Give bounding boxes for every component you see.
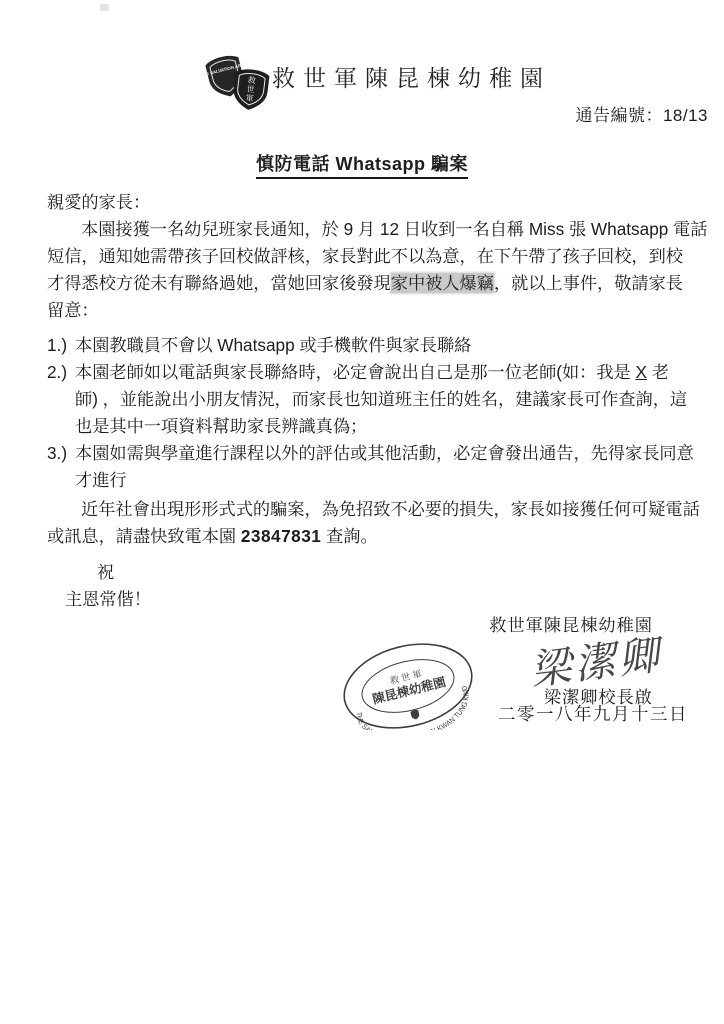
closing-wish: 祝	[47, 559, 709, 586]
list-item-3-text: 本園如需與學童進行課程以外的評估或其他活動，必定會發出通告，先得家長同意	[75, 443, 694, 463]
list-item-1: 1.)本園教職員不會以 Whatsapp 或手機軟件與家長聯絡	[47, 332, 709, 359]
list-item-2-marker: 2.)	[47, 359, 67, 386]
greeting-line: 親愛的家長：	[47, 189, 709, 216]
paragraph2-line2: 或訊息，請盡快致電本園 23847831 查詢。	[47, 523, 709, 550]
list-item-2-text-b: 老	[647, 362, 669, 382]
seal-shield-icon	[410, 709, 420, 720]
paragraph2-line2-post: 查詢。	[321, 526, 377, 546]
letter-body: 親愛的家長： 本園接獲一名幼兒班家長通知，於 9 月 12 日收到一名自稱 Mi…	[47, 189, 709, 613]
paragraph2: 近年社會出現形形式式的騙案，為免招致不必要的損失，家長如接獲任何可疑電話 或訊息…	[47, 496, 709, 550]
paragraph1-line3: 才得悉校方從未有聯絡過她，當她回家後發現家中被人爆竊，就以上事件，敬請家長	[47, 270, 709, 297]
paragraph1-line3-post: ，就以上事件，敬請家長	[494, 273, 683, 293]
scanned-notice-page: THE SALVATION ARMY 救 世 軍 救世軍陳昆棟幼稚園 通告編號：…	[0, 0, 724, 1024]
list-item-1-text: 本園教職員不會以 Whatsapp 或手機軟件與家長聯絡	[75, 335, 471, 355]
list-item-3-line2: 才進行	[47, 467, 709, 494]
paragraph2-line2-pre: 或訊息，請盡快致電本園	[47, 526, 241, 546]
closing-blessing: 主恩常偕！	[47, 586, 709, 613]
paragraph1-line4: 留意：	[47, 297, 709, 324]
notice-number: 通告編號：18/13	[575, 101, 708, 126]
underlined-x-placeholder: X	[636, 362, 647, 382]
highlighted-burglary-text: 家中被人爆竊	[391, 273, 494, 293]
notice-title: 慎防電話 Whatsapp 騙案	[256, 150, 468, 179]
signature-date: 二零一八年九月十三日	[498, 701, 688, 726]
list-item-2-line3: 也是其中一項資料幫助家長辨識真偽；	[47, 413, 709, 440]
paragraph1-line2: 短信，通知她需帶孩子回校做評核，家長對此不以為意，在下午帶了孩子回校，到校	[47, 243, 709, 270]
paragraph1-line3-pre: 才得悉校方從未有聯絡過她，當她回家後發現	[47, 273, 391, 293]
paragraph1-line1: 本園接獲一名幼兒班家長通知，於 9 月 12 日收到一名自稱 Miss 張 Wh…	[47, 216, 709, 243]
list-item-1-marker: 1.)	[47, 332, 67, 359]
scan-artifact	[100, 4, 109, 11]
paragraph2-line1: 近年社會出現形形式式的騙案，為免招致不必要的損失，家長如接獲任何可疑電話	[47, 496, 709, 523]
school-seal-stamp: THE SALVATION ARMY CHAN KWAN TUNG KINDER…	[338, 642, 478, 730]
front-shield-char-3: 軍	[245, 93, 254, 103]
list-item-3-marker: 3.)	[47, 440, 67, 467]
school-phone-number: 23847831	[241, 526, 321, 546]
closing-block: 祝 主恩常偕！	[47, 559, 709, 613]
list-item-2-text-a: 本園老師如以電話與家長聯絡時，必定會說出自己是那一位老師(如：我是	[75, 362, 636, 382]
salvation-army-logo-icon: THE SALVATION ARMY 救 世 軍	[198, 42, 280, 118]
title-row: 慎防電話 Whatsapp 騙案	[0, 150, 724, 179]
list-item-2-line1: 2.)本園老師如以電話與家長聯絡時，必定會說出自己是那一位老師(如：我是 X 老	[47, 359, 709, 386]
list-item-2-line2: 師) ，並能說出小朋友情況，而家長也知道班主任的姓名，建議家長可作查詢，這	[47, 386, 709, 413]
front-shield-icon: 救 世 軍	[231, 68, 270, 112]
school-name-header: 救世軍陳昆棟幼稚園	[272, 60, 551, 93]
list-item-3-line1: 3.)本園如需與學童進行課程以外的評估或其他活動，必定會發出通告，先得家長同意	[47, 440, 709, 467]
points-list: 1.)本園教職員不會以 Whatsapp 或手機軟件與家長聯絡 2.)本園老師如…	[47, 332, 709, 494]
